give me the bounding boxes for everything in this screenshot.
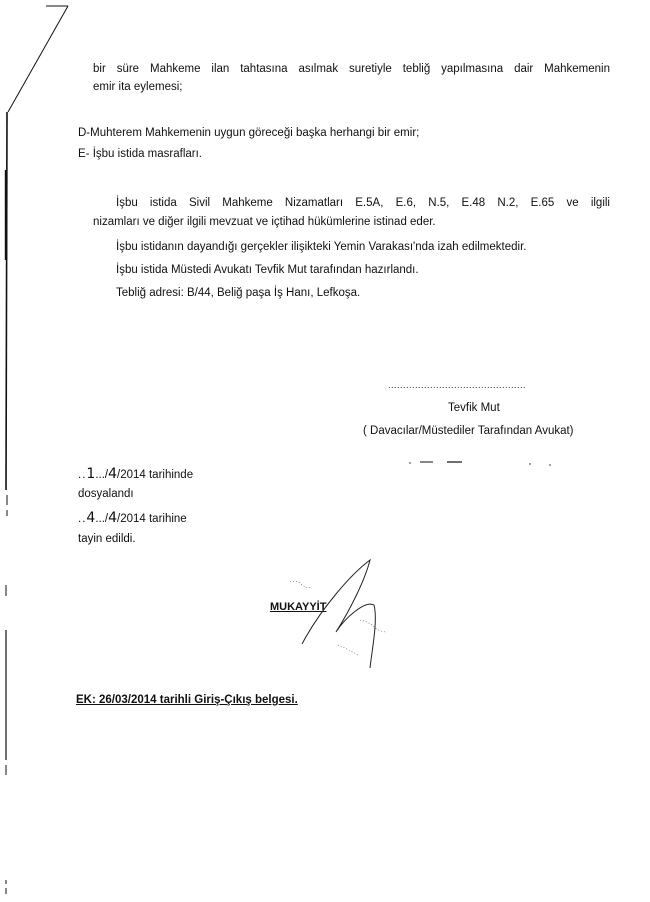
attachment-note: EK: 26/03/2014 tarihli Giriş-Çıkış belge… — [76, 694, 298, 706]
registrar-signature — [0, 0, 650, 902]
